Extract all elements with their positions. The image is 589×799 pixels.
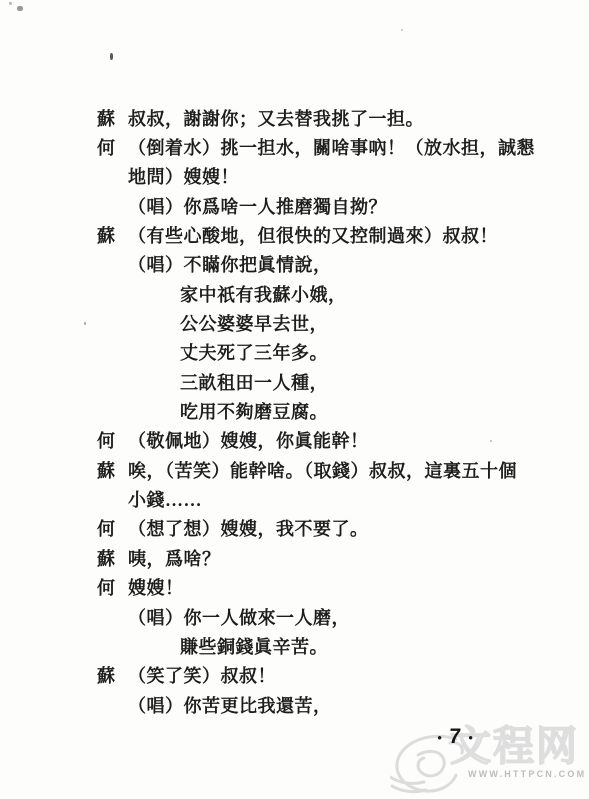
book-page: 蘇叔叔，謝謝你；又去替我挑了一担。何（倒着水）挑一担水，關啥事吶！（放水担，誠懇…: [0, 0, 589, 799]
speaker-label: 蘇: [97, 105, 116, 131]
line-text: （唱）不瞞你把眞情說，: [128, 251, 332, 277]
script-line: （唱）你爲啥一人推磨獨自拗？: [97, 191, 577, 220]
script-line: 何（想了想）嫂嫂，我不要了。: [97, 514, 577, 543]
speaker-label: 何: [97, 427, 116, 453]
speaker-label: 蘇: [97, 222, 116, 248]
script-line: 公公婆婆早去世，: [97, 308, 577, 337]
line-text: 唉，（苦笑）能幹啥。（取錢）叔叔，這裏五十個: [128, 457, 517, 483]
line-text: 三畝租田一人種，: [180, 369, 328, 395]
script-line: 吃用不夠磨豆腐。: [97, 396, 577, 425]
script-line: 何（倒着水）挑一担水，關啥事吶！（放水担，誠懇: [97, 132, 577, 161]
line-text: （唱）你一人做來一人磨，: [128, 604, 350, 630]
script-line: 三畝租田一人種，: [97, 367, 577, 396]
line-text: （有些心酸地，但很快的又控制過來）叔叔！: [128, 222, 498, 248]
line-text: 丈夫死了三年多。: [180, 339, 328, 365]
script-line: 地問）嫂嫂！: [97, 162, 577, 191]
line-text: （倒着水）挑一担水，關啥事吶！（放水担，誠懇: [128, 134, 535, 160]
script-line: 小錢……: [97, 484, 577, 513]
speaker-label: 蘇: [97, 545, 116, 571]
speaker-label: 何: [97, 515, 116, 541]
page-number-value: 7: [448, 725, 462, 749]
line-text: 公公婆婆早去世，: [180, 310, 328, 336]
line-text: （唱）你苦更比我還苦，: [128, 692, 332, 718]
script-line: 蘇咦，爲啥？: [97, 543, 577, 572]
line-text: 咦，爲啥？: [128, 545, 221, 571]
line-text: （敬佩地）嫂嫂，你眞能幹！: [128, 427, 369, 453]
line-text: 小錢……: [128, 486, 202, 512]
script-line: 蘇（有些心酸地，但很快的又控制過來）叔叔！: [97, 220, 577, 249]
script-line: 何（敬佩地）嫂嫂，你眞能幹！: [97, 426, 577, 455]
line-text: （笑了笑）叔叔！: [128, 662, 276, 688]
script-line: 蘇叔叔，謝謝你；又去替我挑了一担。: [97, 103, 577, 132]
scan-speck: [401, 29, 403, 31]
script-line: 家中祇有我蘇小娥，: [97, 279, 577, 308]
line-text: （唱）你爲啥一人推磨獨自拗？: [128, 193, 387, 219]
scan-speck: [9, 2, 12, 5]
script-line: 賺些銅錢眞辛苦。: [97, 631, 577, 660]
script-line: （唱）你一人做來一人磨，: [97, 602, 577, 631]
line-text: （想了想）嫂嫂，我不要了。: [128, 515, 369, 541]
script-line: （唱）你苦更比我還苦，: [97, 690, 577, 719]
scan-speck: [84, 322, 86, 325]
speaker-label: 蘇: [97, 457, 116, 483]
line-text: 嫂嫂！: [128, 574, 184, 600]
line-text: 地問）嫂嫂！: [128, 163, 239, 189]
scan-speck: [110, 53, 113, 60]
watermark: 文程网 WWW.HTTPCN.COM: [388, 719, 589, 799]
script-line: 丈夫死了三年多。: [97, 338, 577, 367]
page-number: • 7 •: [437, 725, 473, 748]
speaker-label: 蘇: [97, 662, 116, 688]
script-lines: 蘇叔叔，謝謝你；又去替我挑了一担。何（倒着水）挑一担水，關啥事吶！（放水担，誠懇…: [97, 103, 577, 719]
script-line: 何嫂嫂！: [97, 573, 577, 602]
line-text: 賺些銅錢眞辛苦。: [180, 633, 328, 659]
speaker-label: 何: [97, 134, 116, 160]
scan-speck: [17, 6, 23, 11]
line-text: 吃用不夠磨豆腐。: [180, 398, 328, 424]
script-line: （唱）不瞞你把眞情說，: [97, 250, 577, 279]
line-text: 叔叔，謝謝你；又去替我挑了一担。: [128, 105, 424, 131]
speaker-label: 何: [97, 574, 116, 600]
watermark-url-text: WWW.HTTPCN.COM: [468, 769, 586, 779]
script-line: 蘇唉，（苦笑）能幹啥。（取錢）叔叔，這裏五十個: [97, 455, 577, 484]
page-number-right-dot: •: [468, 732, 473, 747]
line-text: 家中祇有我蘇小娥，: [180, 281, 347, 307]
page-number-left-dot: •: [437, 732, 442, 747]
script-line: 蘇（笑了笑）叔叔！: [97, 661, 577, 690]
